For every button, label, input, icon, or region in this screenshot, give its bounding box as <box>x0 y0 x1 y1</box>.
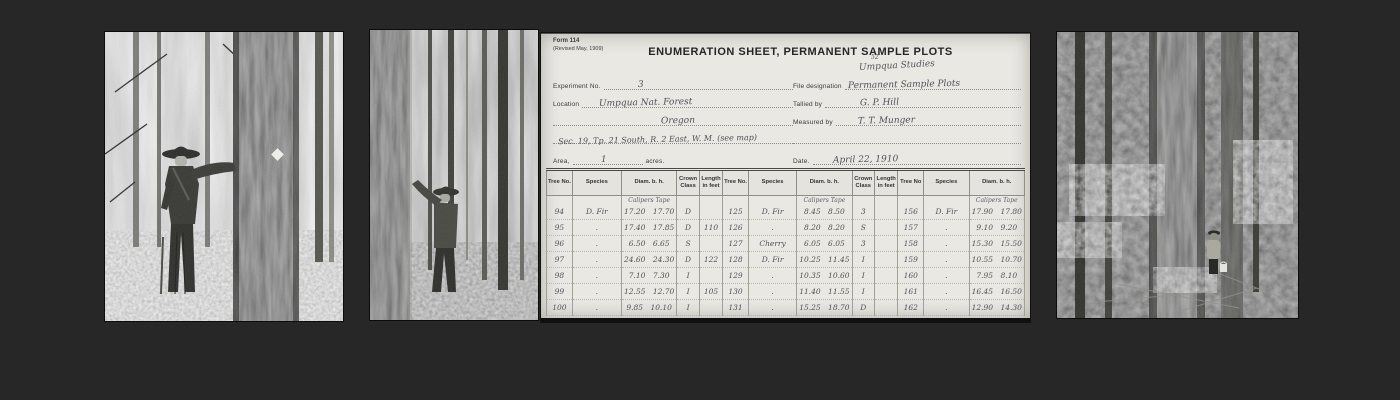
table-cell: 126 <box>723 220 749 236</box>
table-cell: 24.60 24.30 <box>621 252 676 268</box>
photo-forest-with-person <box>1057 32 1298 318</box>
measured-by-label: Measured by <box>793 119 836 126</box>
table-cell: D. Fir <box>748 204 796 220</box>
table-cell <box>875 252 898 268</box>
table-cell: Calipers Tape <box>969 196 1024 205</box>
table-cell: Calipers Tape <box>797 196 852 205</box>
forest-scene-2-image <box>370 30 538 320</box>
table-cell: 8.45 8.50 <box>797 204 852 220</box>
table-cell: 9.10 9.20 <box>969 220 1024 236</box>
table-cell: 160 <box>898 268 924 284</box>
table-cell: 11.40 11.55 <box>797 284 852 300</box>
diam-subheader-row: Calipers TapeCalipers TapeCalipers Tape <box>547 196 1025 205</box>
table-cell: . <box>924 284 969 300</box>
table-cell: 10.55 10.70 <box>969 252 1024 268</box>
table-cell: . <box>572 220 621 236</box>
table-cell <box>547 196 573 205</box>
table-cell: . <box>572 236 621 252</box>
table-cell: 94 <box>547 204 573 220</box>
table-cell <box>699 204 722 220</box>
measured-by-value: T. T. Munger <box>858 115 915 126</box>
table-cell <box>875 204 898 220</box>
table-cell: 129 <box>723 268 749 284</box>
column-header: Crown Class <box>852 170 874 196</box>
form-number-line: Form 114 <box>553 38 603 46</box>
table-cell: 95 <box>547 220 573 236</box>
table-header-row: Tree No.SpeciesDiam. b. h.Crown ClassLen… <box>547 170 1025 196</box>
table-cell: 162 <box>898 300 924 316</box>
table-cell: . <box>572 300 621 316</box>
table-cell: 3 <box>852 204 874 220</box>
table-cell: D. Fir <box>572 204 621 220</box>
tallied-by-value: G. P. Hill <box>860 98 899 109</box>
table-cell: 130 <box>723 284 749 300</box>
table-cell: 17.40 17.85 <box>621 220 676 236</box>
table-cell: 9.85 10.10 <box>621 300 676 316</box>
table-cell: 127 <box>723 236 749 252</box>
table-cell: I <box>677 268 699 284</box>
table-cell: . <box>748 268 796 284</box>
table-cell: 131 <box>723 300 749 316</box>
table-cell <box>924 196 969 205</box>
table-cell <box>875 300 898 316</box>
column-header: Species <box>924 170 969 196</box>
area-value: 1 <box>600 155 606 165</box>
table-cell: 15.25 18.70 <box>797 300 852 316</box>
tallied-by-field: Tallied by G. P. Hill <box>793 96 1021 108</box>
table-cell: 97 <box>547 252 573 268</box>
table-cell: D <box>677 252 699 268</box>
area-label: Area, <box>553 158 573 165</box>
column-header: Species <box>748 170 796 196</box>
date-label: Date. <box>793 158 813 165</box>
table-cell: . <box>748 220 796 236</box>
column-header: Diam. b. h. <box>797 170 852 196</box>
area-unit: acres. <box>643 158 668 165</box>
column-header: Crown Class <box>677 170 699 196</box>
table-cell: . <box>924 236 969 252</box>
location-label: Location <box>553 101 582 108</box>
table-cell: I <box>677 284 699 300</box>
table-cell: 8.20 8.20 <box>797 220 852 236</box>
table-cell: . <box>924 220 969 236</box>
table-cell: I <box>852 284 874 300</box>
column-header: Length in feet <box>699 170 722 196</box>
column-header: Diam. b. h. <box>969 170 1024 196</box>
column-header: Tree No. <box>547 170 573 196</box>
date-field: Date. April 22, 1910 <box>793 153 1021 165</box>
table-cell: S <box>852 220 874 236</box>
document-title: ENUMERATION SHEET, PERMANENT SAMPLE PLOT… <box>581 46 1020 58</box>
table-cell <box>699 300 722 316</box>
table-cell: D. Fir <box>748 252 796 268</box>
photo-forester-by-large-tree: B <box>105 32 343 321</box>
table-cell: 17.20 17.70 <box>621 204 676 220</box>
table-cell <box>699 196 722 205</box>
table-cell: 156 <box>898 204 924 220</box>
table-cell: 159 <box>898 252 924 268</box>
table-cell: . <box>924 300 969 316</box>
file-designation-value: Permanent Sample Plots <box>848 79 960 91</box>
table-cell: . <box>748 284 796 300</box>
table-cell: 15.30 15.50 <box>969 236 1024 252</box>
table-cell: 125 <box>723 204 749 220</box>
column-header: Diam. b. h. <box>621 170 676 196</box>
table-cell <box>875 268 898 284</box>
table-cell: . <box>572 284 621 300</box>
table-cell <box>723 196 749 205</box>
tallied-by-label: Tallied by <box>793 101 825 108</box>
table-cell: 128 <box>723 252 749 268</box>
forest-scene-1-image: B <box>105 32 343 321</box>
file-designation-overline: Umpqua Studies <box>859 59 935 73</box>
table-cell <box>898 196 924 205</box>
experiment-no-label: Experiment No. <box>553 83 604 90</box>
column-header: Tree No <box>898 170 924 196</box>
enumeration-sheet-document: Form 114 (Revised May, 1909) ENUMERATION… <box>541 33 1030 322</box>
table-cell: 3 <box>852 236 874 252</box>
table-cell: 158 <box>898 236 924 252</box>
legal-description-field: Sec. 19, Tp. 21 South, R. 2 East, W. M. … <box>553 132 793 144</box>
table-cell: 100 <box>547 300 573 316</box>
table-row: 94D. Fir17.20 17.70D125D. Fir8.45 8.5031… <box>547 204 1025 220</box>
table-row: 100.9.85 10.10I131.15.25 18.70D162.12.90… <box>547 300 1025 316</box>
date-value: April 22, 1910 <box>833 154 898 165</box>
table-cell: . <box>572 268 621 284</box>
table-cell: 12.90 14.30 <box>969 300 1024 316</box>
table-cell: 96 <box>547 236 573 252</box>
location-value-2: Oregon <box>661 116 695 127</box>
table-cell <box>875 220 898 236</box>
file-designation-label: File designation <box>793 83 845 90</box>
table-cell: 122 <box>699 252 722 268</box>
area-field: Area, 1 acres. <box>553 153 723 165</box>
table-cell: 110 <box>699 220 722 236</box>
table-cell: . <box>572 252 621 268</box>
column-header: Species <box>572 170 621 196</box>
table-cell: 157 <box>898 220 924 236</box>
photo-man-marking-tree <box>370 30 538 320</box>
experiment-no-field: Experiment No. 3 <box>553 78 793 90</box>
table-row: 97.24.60 24.30D122128D. Fir10.25 11.45I1… <box>547 252 1025 268</box>
table-cell: S <box>677 236 699 252</box>
table-cell: . <box>924 252 969 268</box>
table-cell: 7.10 7.30 <box>621 268 676 284</box>
table-cell: 7.95 8.10 <box>969 268 1024 284</box>
forest-scene-3-image <box>1057 32 1298 318</box>
enumeration-table: Tree No.SpeciesDiam. b. h.Crown ClassLen… <box>546 168 1025 316</box>
file-designation-number: 52 <box>871 54 879 61</box>
column-header: Length in feet <box>875 170 898 196</box>
table-cell: . <box>748 300 796 316</box>
table-container: Tree No.SpeciesDiam. b. h.Crown ClassLen… <box>546 168 1025 316</box>
table-cell: 16.45 16.50 <box>969 284 1024 300</box>
experiment-no-value: 3 <box>638 80 644 90</box>
table-cell: I <box>852 268 874 284</box>
table-row: 95.17.40 17.85D110126.8.20 8.20S157.9.10… <box>547 220 1025 236</box>
table-row: 96.6.50 6.65S127Cherry6.05 6.053158.15.3… <box>547 236 1025 252</box>
location-field-2: Oregon <box>553 114 793 126</box>
table-cell: 6.50 6.65 <box>621 236 676 252</box>
table-cell: D. Fir <box>924 204 969 220</box>
legal-description-value: Sec. 19, Tp. 21 South, R. 2 East, W. M. … <box>558 133 757 146</box>
table-row: 99.12.55 12.70I105130.11.40 11.55I161.16… <box>547 284 1025 300</box>
table-cell <box>677 196 699 205</box>
photo-corner-letter: B <box>113 305 119 315</box>
table-cell: Calipers Tape <box>621 196 676 205</box>
table-cell <box>572 196 621 205</box>
table-cell <box>699 236 722 252</box>
table-row: 98.7.10 7.30I129.10.35 10.60I160.7.95 8.… <box>547 268 1025 284</box>
table-cell <box>875 196 898 205</box>
table-cell <box>875 236 898 252</box>
table-cell: 10.25 11.45 <box>797 252 852 268</box>
location-value: Umpqua Nat. Forest <box>599 97 692 109</box>
file-designation-field: File designation Permanent Sample Plots <box>793 78 1021 90</box>
table-cell: D <box>677 204 699 220</box>
table-cell: 10.35 10.60 <box>797 268 852 284</box>
table-cell: 98 <box>547 268 573 284</box>
table-cell: 161 <box>898 284 924 300</box>
table-cell: . <box>924 268 969 284</box>
banner-collage: B Form 11 <box>0 0 1400 400</box>
table-cell: I <box>677 300 699 316</box>
table-cell <box>852 196 874 205</box>
table-cell <box>699 268 722 284</box>
location-field: Location Umpqua Nat. Forest <box>553 96 793 108</box>
blank-field <box>793 132 1021 144</box>
table-cell: 105 <box>699 284 722 300</box>
table-cell: D <box>677 220 699 236</box>
table-cell: 6.05 6.05 <box>797 236 852 252</box>
table-cell: 17.90 17.80 <box>969 204 1024 220</box>
table-cell: D <box>852 300 874 316</box>
measured-by-field: Measured by T. T. Munger <box>793 114 1021 126</box>
table-cell <box>748 196 796 205</box>
column-header: Tree No. <box>723 170 749 196</box>
table-cell: 12.55 12.70 <box>621 284 676 300</box>
table-cell: I <box>852 252 874 268</box>
table-cell: 99 <box>547 284 573 300</box>
table-cell: Cherry <box>748 236 796 252</box>
table-cell <box>875 284 898 300</box>
